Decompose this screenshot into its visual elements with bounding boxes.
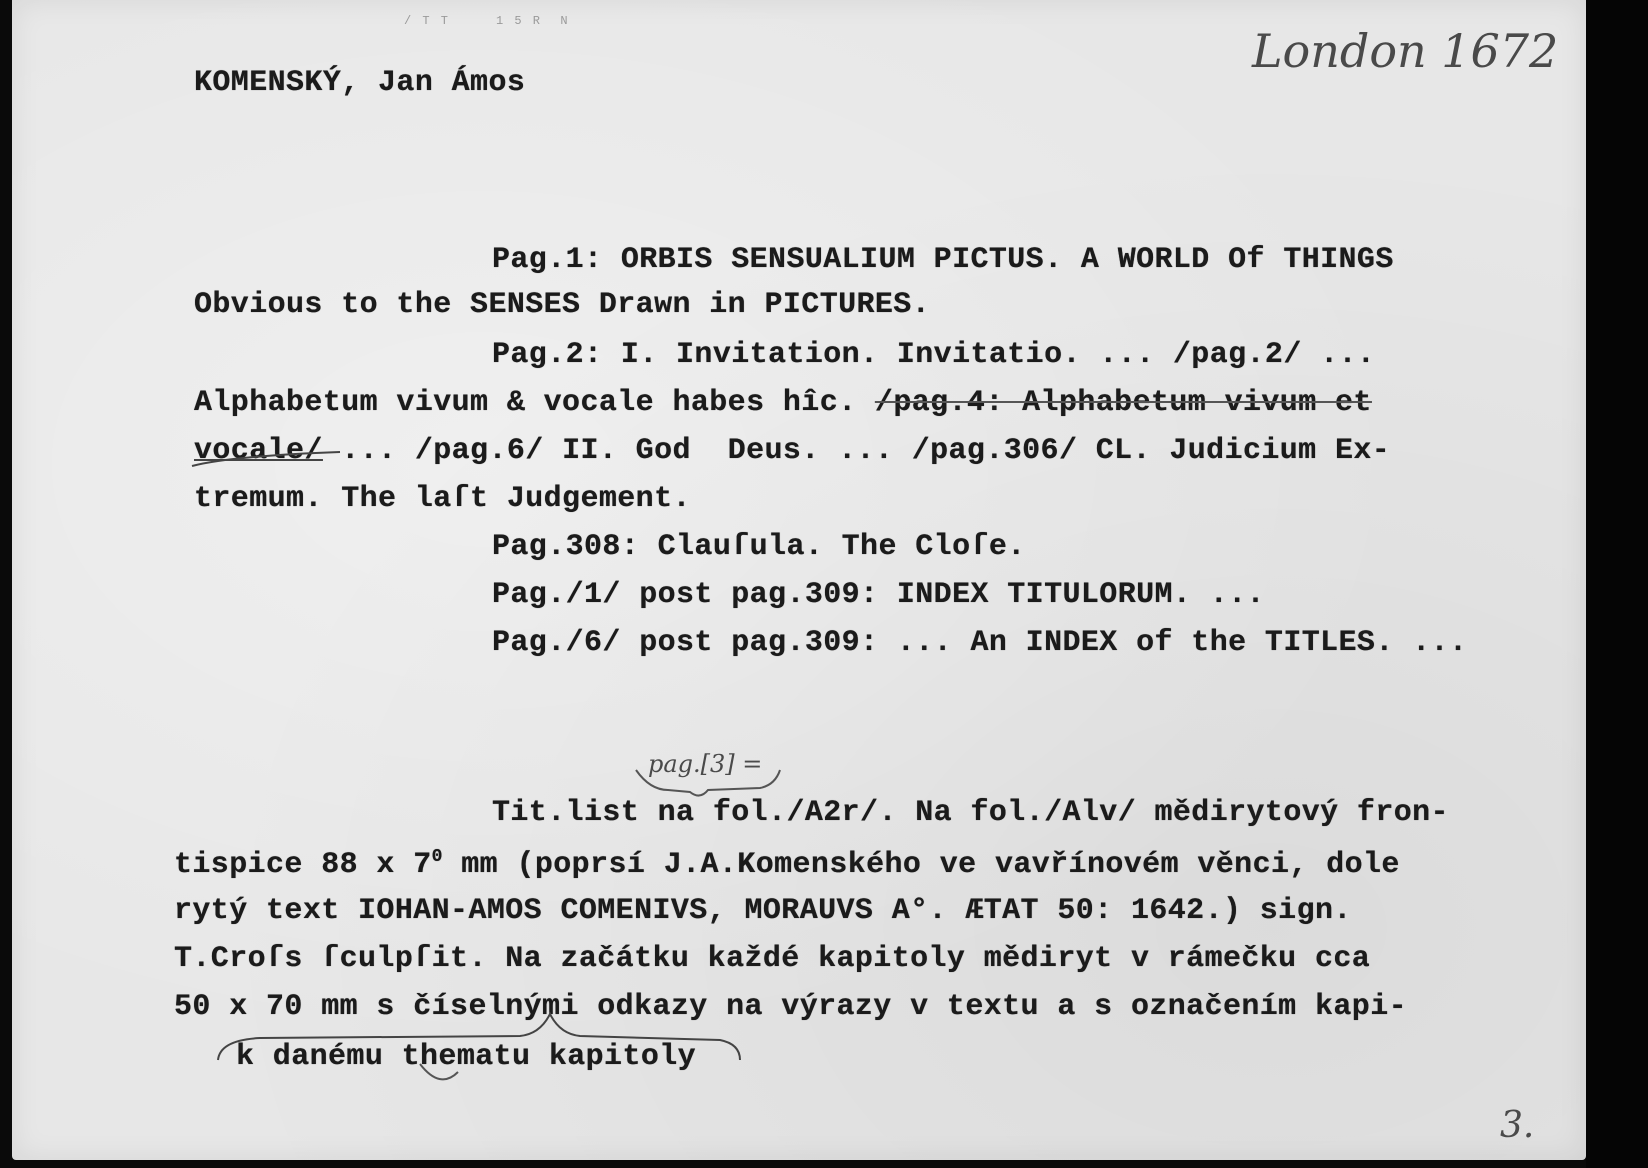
description-line-6-bracketed-insert: k danému thematu kapitoly [236,1042,696,1072]
description-line-2-before: tispice 88 x 7 [174,848,432,882]
description-line-2-after: mm (poprsí J.A.Komenského ve vavřínovém … [443,848,1400,882]
scan-border [1586,0,1648,1168]
faint-stamp-line-2: 1 5 R N [496,14,570,28]
body-line-3: Pag.2: I. Invitation. Invitatio. ... /pa… [492,340,1375,370]
description-line-5: 50 x 70 mm s číselnými odkazy na výrazy … [174,992,1407,1022]
body-line-1: Pag.1: ORBIS SENSUALIUM PICTUS. A WORLD … [492,245,1394,275]
description-line-4: T.Croſs ſculpſit. Na začátku každé kapit… [174,944,1370,974]
body-line-9: Pag./6/ post pag.309: ... An INDEX of th… [492,628,1467,658]
superscript: 0 [432,847,443,867]
handwritten-place-date: London 1672 [1252,28,1558,74]
description-line-1: Tit.list na fol./A2r/. Na fol./Alv/ mědi… [492,798,1449,828]
struck-text: /pag.4: Alphabetum vivum et [875,386,1372,420]
scanned-catalog-card: / T T 1 5 R N KOMENSKÝ, Jan Ámos London … [0,0,1648,1168]
body-line-4: Alphabetum vivum & vocale habes hîc. /pa… [194,388,1372,418]
body-line-4-text: Alphabetum vivum & vocale habes hîc. [194,386,875,420]
handwritten-page-number: 3. [1500,1108,1534,1144]
underlined-text: vocale/ [194,434,323,468]
card-heading-author: KOMENSKÝ, Jan Ámos [194,68,525,98]
body-line-5-text: ... /pag.6/ II. God Deus. ... /pag.306/ … [323,434,1390,468]
body-line-2: Obvious to the SENSES Drawn in PICTURES. [194,290,930,320]
body-line-8: Pag./1/ post pag.309: INDEX TITULORUM. .… [492,580,1265,610]
handwritten-annotation: pag.[3] = [648,752,762,776]
faint-stamp-line-1: / T T [404,14,450,28]
description-line-2: tispice 88 x 70 mm (poprsí J.A.Komenskéh… [174,848,1400,880]
body-line-6: tremum. The laſt Judgement. [194,484,691,514]
body-line-7: Pag.308: Clauſula. The Cloſe. [492,532,1026,562]
body-line-5: vocale/ ... /pag.6/ II. God Deus. ... /p… [194,436,1390,466]
description-line-3: rytý text IOHAN-AMOS COMENIVS, MORAUVS A… [174,896,1352,926]
